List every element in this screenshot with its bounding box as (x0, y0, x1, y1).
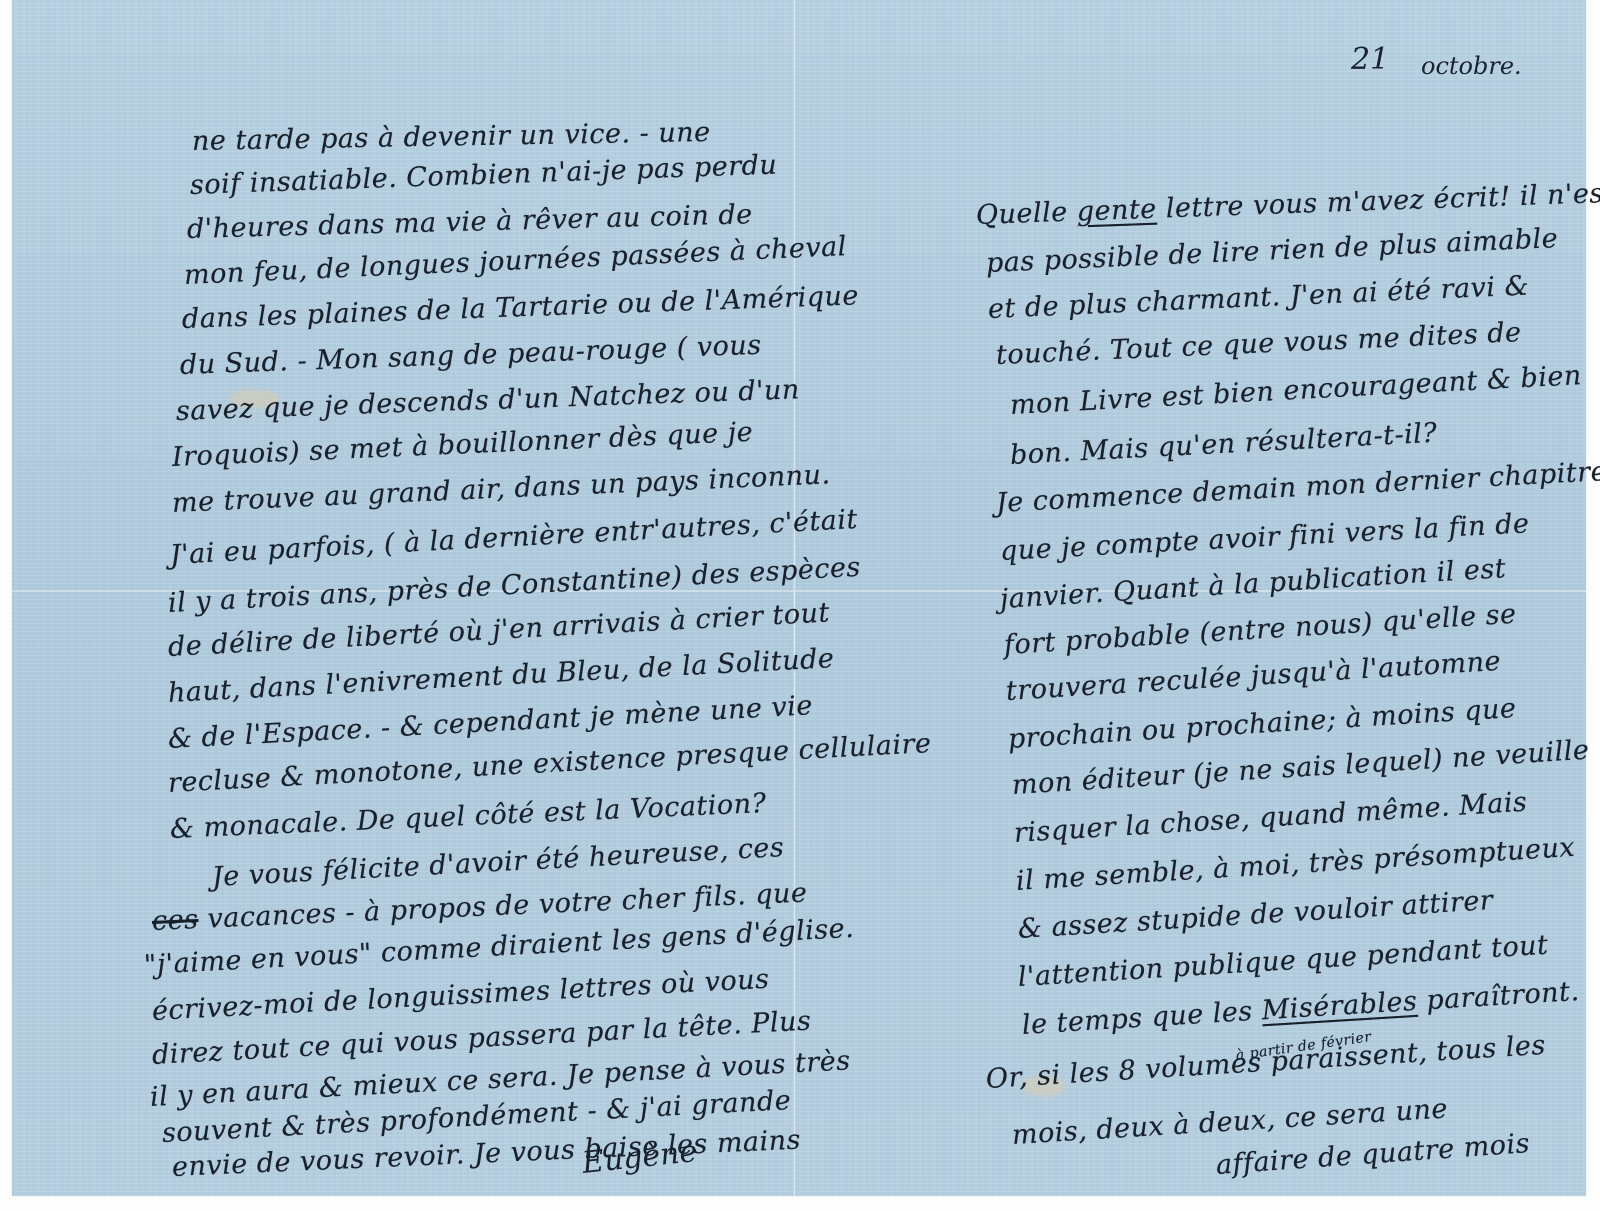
right-line-5: mon Livre est bien encourageant & bien (1009, 360, 1582, 421)
letter-sheet: ne tarde pas à devenir un vice. - une so… (12, 0, 1586, 1196)
date-month: octobre. (1421, 52, 1522, 80)
right-line-18-end: paraîtront. (1416, 976, 1580, 1017)
right-line-1: Quelle gente lettre vous m'avez écrit! i… (975, 178, 1600, 231)
right-line-1-end: lettre vous m'avez écrit! il n'est (1156, 178, 1600, 225)
left-line-2: soif insatiable. Combien n'ai-je pas per… (189, 150, 777, 201)
left-line-5: dans les plaines de la Tartarie ou de l'… (181, 280, 859, 335)
right-line-4: touché. Tout ce que vous me dites de (995, 317, 1522, 371)
underlined-word-gente: gente (1076, 194, 1157, 228)
right-line-1-start: Quelle (975, 196, 1077, 231)
left-page: ne tarde pas à devenir un vice. - une so… (12, 0, 793, 1196)
underlined-word-miserables: Misérables (1261, 986, 1418, 1026)
left-line-1: ne tarde pas à devenir un vice. - une (192, 117, 711, 157)
right-line-21: affaire de quatre mois (1215, 1128, 1531, 1181)
left-line-6: du Sud. - Mon sang de peau-rouge ( vous (179, 330, 762, 381)
right-line-2: pas possible de lire rien de plus aimabl… (985, 223, 1558, 279)
right-line-6: bon. Mais qu'en résultera-t-il? (1009, 418, 1438, 471)
right-line-18-start: le temps que les (1021, 995, 1263, 1041)
struck-word: ces (151, 904, 199, 937)
right-line-16: & assez stupide de vouloir attirer (1017, 885, 1494, 945)
left-line-16: & monacale. De quel côté est la Vocation… (169, 788, 767, 845)
right-line-19: Or, si les 8 volumes paraissent, tous le… (985, 1030, 1547, 1095)
right-line-3: et de plus charmant. J'en ai été ravi & (987, 270, 1529, 325)
right-page: 21 octobre. Quelle gente lettre vous m'a… (796, 0, 1586, 1196)
date-day: 21 (1351, 42, 1389, 77)
left-line-8: Iroquois) se met à bouillonner dès que j… (171, 417, 753, 473)
